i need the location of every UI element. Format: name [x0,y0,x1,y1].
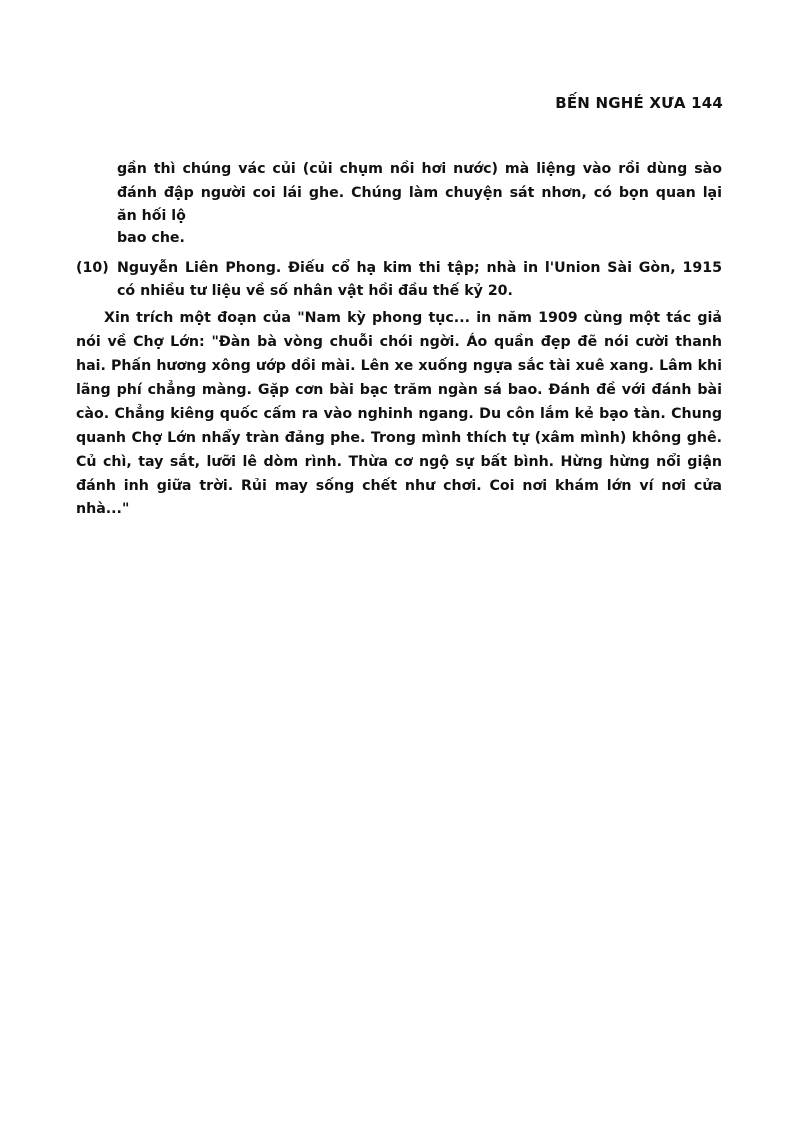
footnote-line: có nhiều tư liệu về số nhân vật hồi đầu … [117,282,513,300]
note-line: đánh đập người coi lái ghe. Chúng làm ch… [117,184,722,202]
paragraph-line: quanh Chợ Lớn nhẩy tràn đảng phe. Trong … [76,429,722,447]
paragraph-line: nhà..." [76,500,129,518]
paragraph-line: lãng phí chẳng màng. Gặp cơn bài bạc tră… [76,381,722,399]
note-line: bao che. [117,229,185,247]
paragraph-line: hai. Phấn hương xông ướp dồi mài. Lên xe… [76,357,722,375]
paragraph-line: cào. Chẳng kiêng quốc cấm ra vào nghinh … [76,405,722,423]
footnote-marker: (10) [76,259,109,277]
note-line: gần thì chúng vác củi (củi chụm nồi hơi … [117,160,722,178]
paragraph-line: Xin trích một đoạn của "Nam kỳ phong tục… [104,309,722,327]
footnote-line: Nguyễn Liên Phong. Điếu cổ hạ kim thi tậ… [117,259,722,277]
paragraph-line: nói về Chợ Lớn: "Đàn bà vòng chuỗi chói … [76,333,722,351]
paragraph-line: Củ chì, tay sắt, lưỡi lê dòm rình. Thừa … [76,453,722,471]
note-line: ăn hối lộ [117,207,186,225]
paragraph-line: đánh inh giữa trời. Rủi may sống chết nh… [76,477,722,495]
running-header: BẾN NGHÉ XƯA 144 [555,94,723,112]
